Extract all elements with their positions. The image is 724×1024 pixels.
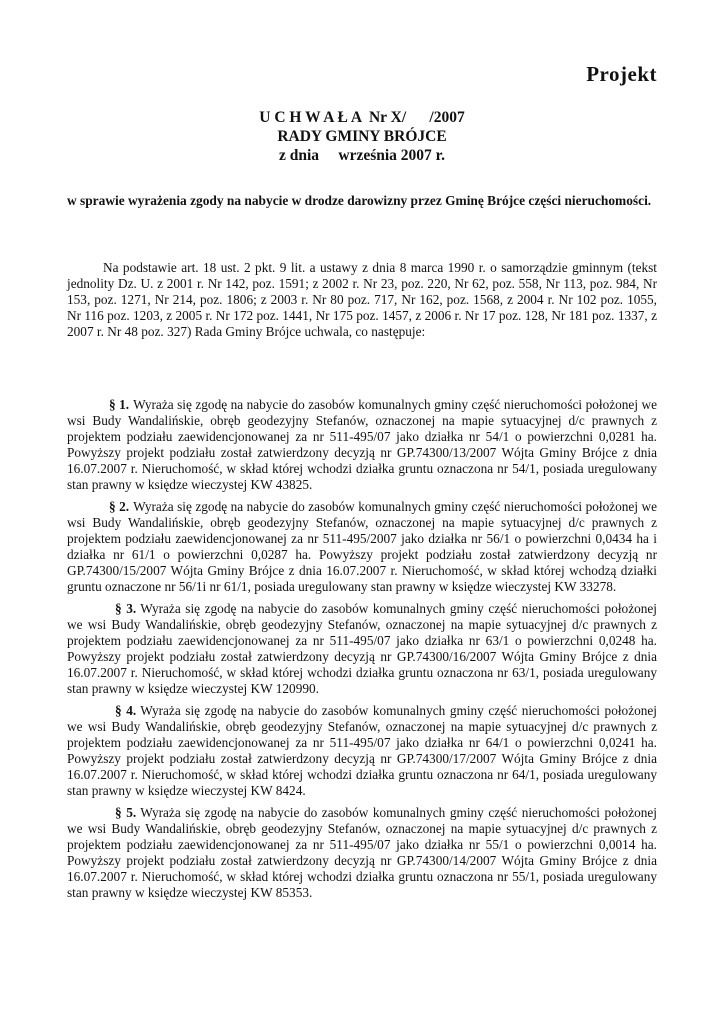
section-text-2: Wyraża się zgodę na nabycie do zasobów k… (67, 499, 657, 594)
section-paragraph-4: § 4.Wyraża się zgodę na nabycie do zasob… (67, 703, 657, 799)
resolution-number-line: U C H W A Ł A Nr X/ /2007 (67, 108, 657, 127)
subject-paragraph: w sprawie wyrażenia zgody na nabycie w d… (67, 192, 657, 210)
section-text-1: Wyraża się zgodę na nabycie do zasobów k… (67, 397, 657, 492)
section-paragraph-5: § 5.Wyraża się zgodę na nabycie do zasob… (67, 805, 657, 901)
section-paragraph-2: § 2.Wyraża się zgodę na nabycie do zasob… (67, 499, 657, 595)
section-paragraph-1: § 1.Wyraża się zgodę na nabycie do zasob… (67, 397, 657, 493)
section-paragraph-3: § 3.Wyraża się zgodę na nabycie do zasob… (67, 601, 657, 697)
draft-label: Projekt (67, 0, 657, 87)
title-block: U C H W A Ł A Nr X/ /2007 RADY GMINY BRÓ… (67, 108, 657, 165)
section-text-4: Wyraża się zgodę na nabycie do zasobów k… (67, 703, 657, 798)
council-name-line: RADY GMINY BRÓJCE (67, 127, 657, 146)
section-text-5: Wyraża się zgodę na nabycie do zasobów k… (67, 805, 657, 900)
section-marker-2: § 2. (109, 499, 129, 514)
section-marker-3: § 3. (115, 601, 136, 616)
section-text-3: Wyraża się zgodę na nabycie do zasobów k… (67, 601, 657, 696)
resolution-date-line: z dnia września 2007 r. (67, 146, 657, 165)
section-marker-4: § 4. (115, 703, 136, 718)
sections-container: § 1.Wyraża się zgodę na nabycie do zasob… (67, 397, 657, 901)
document-page: Projekt U C H W A Ł A Nr X/ /2007 RADY G… (0, 0, 724, 1024)
section-marker-5: § 5. (115, 805, 136, 820)
legal-basis-paragraph: Na podstawie art. 18 ust. 2 pkt. 9 lit. … (67, 260, 657, 340)
section-marker-1: § 1. (109, 397, 129, 412)
